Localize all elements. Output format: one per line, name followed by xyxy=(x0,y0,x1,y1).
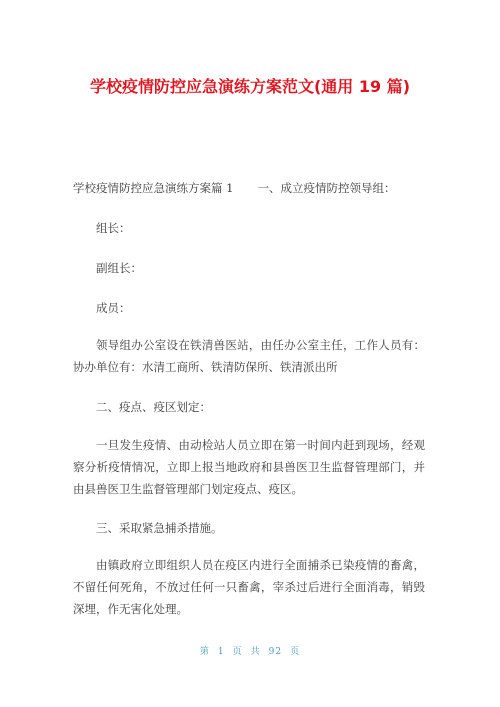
document-title: 学校疫情防控应急演练方案范文(通用 19 篇) xyxy=(0,74,500,97)
footer-suffix: 页 xyxy=(290,647,300,657)
section-2-paragraph: 一旦发生疫情、由动检站人员立即在第一时间内赶到现场，经观察分析疫情情况，立即上报… xyxy=(73,434,425,500)
office-paragraph: 领导组办公室设在铁清兽医站，由任办公室主任，工作人员有：协办单位有：水清工商所、… xyxy=(73,334,425,378)
role-leader: 组长： xyxy=(96,217,131,239)
role-members: 成员： xyxy=(96,297,131,319)
role-deputy-leader: 副组长： xyxy=(96,257,142,279)
footer-page-word: 页 xyxy=(233,647,243,657)
section-2-heading: 二、疫点、疫区划定： xyxy=(96,396,211,418)
section-3-heading: 三、采取紧急捕杀措施。 xyxy=(96,517,223,539)
article-heading-line: 学校疫情防控应急演练方案篇 1一、成立疫情防控领导组： xyxy=(73,177,395,199)
current-page-number: 1 xyxy=(218,647,225,657)
footer-prefix: 第 xyxy=(200,647,210,657)
total-pages: 92 xyxy=(269,647,282,657)
section-1-heading: 一、成立疫情防控领导组： xyxy=(257,181,395,195)
page-footer: 第1页共92页 xyxy=(0,644,500,657)
article-label: 学校疫情防控应急演练方案篇 1 xyxy=(73,181,233,195)
footer-total-prefix: 共 xyxy=(251,647,261,657)
section-3-paragraph: 由镇政府立即组织人员在疫区内进行全面捕杀已染疫情的畜禽，不留任何死角，不放过任何… xyxy=(73,554,425,620)
